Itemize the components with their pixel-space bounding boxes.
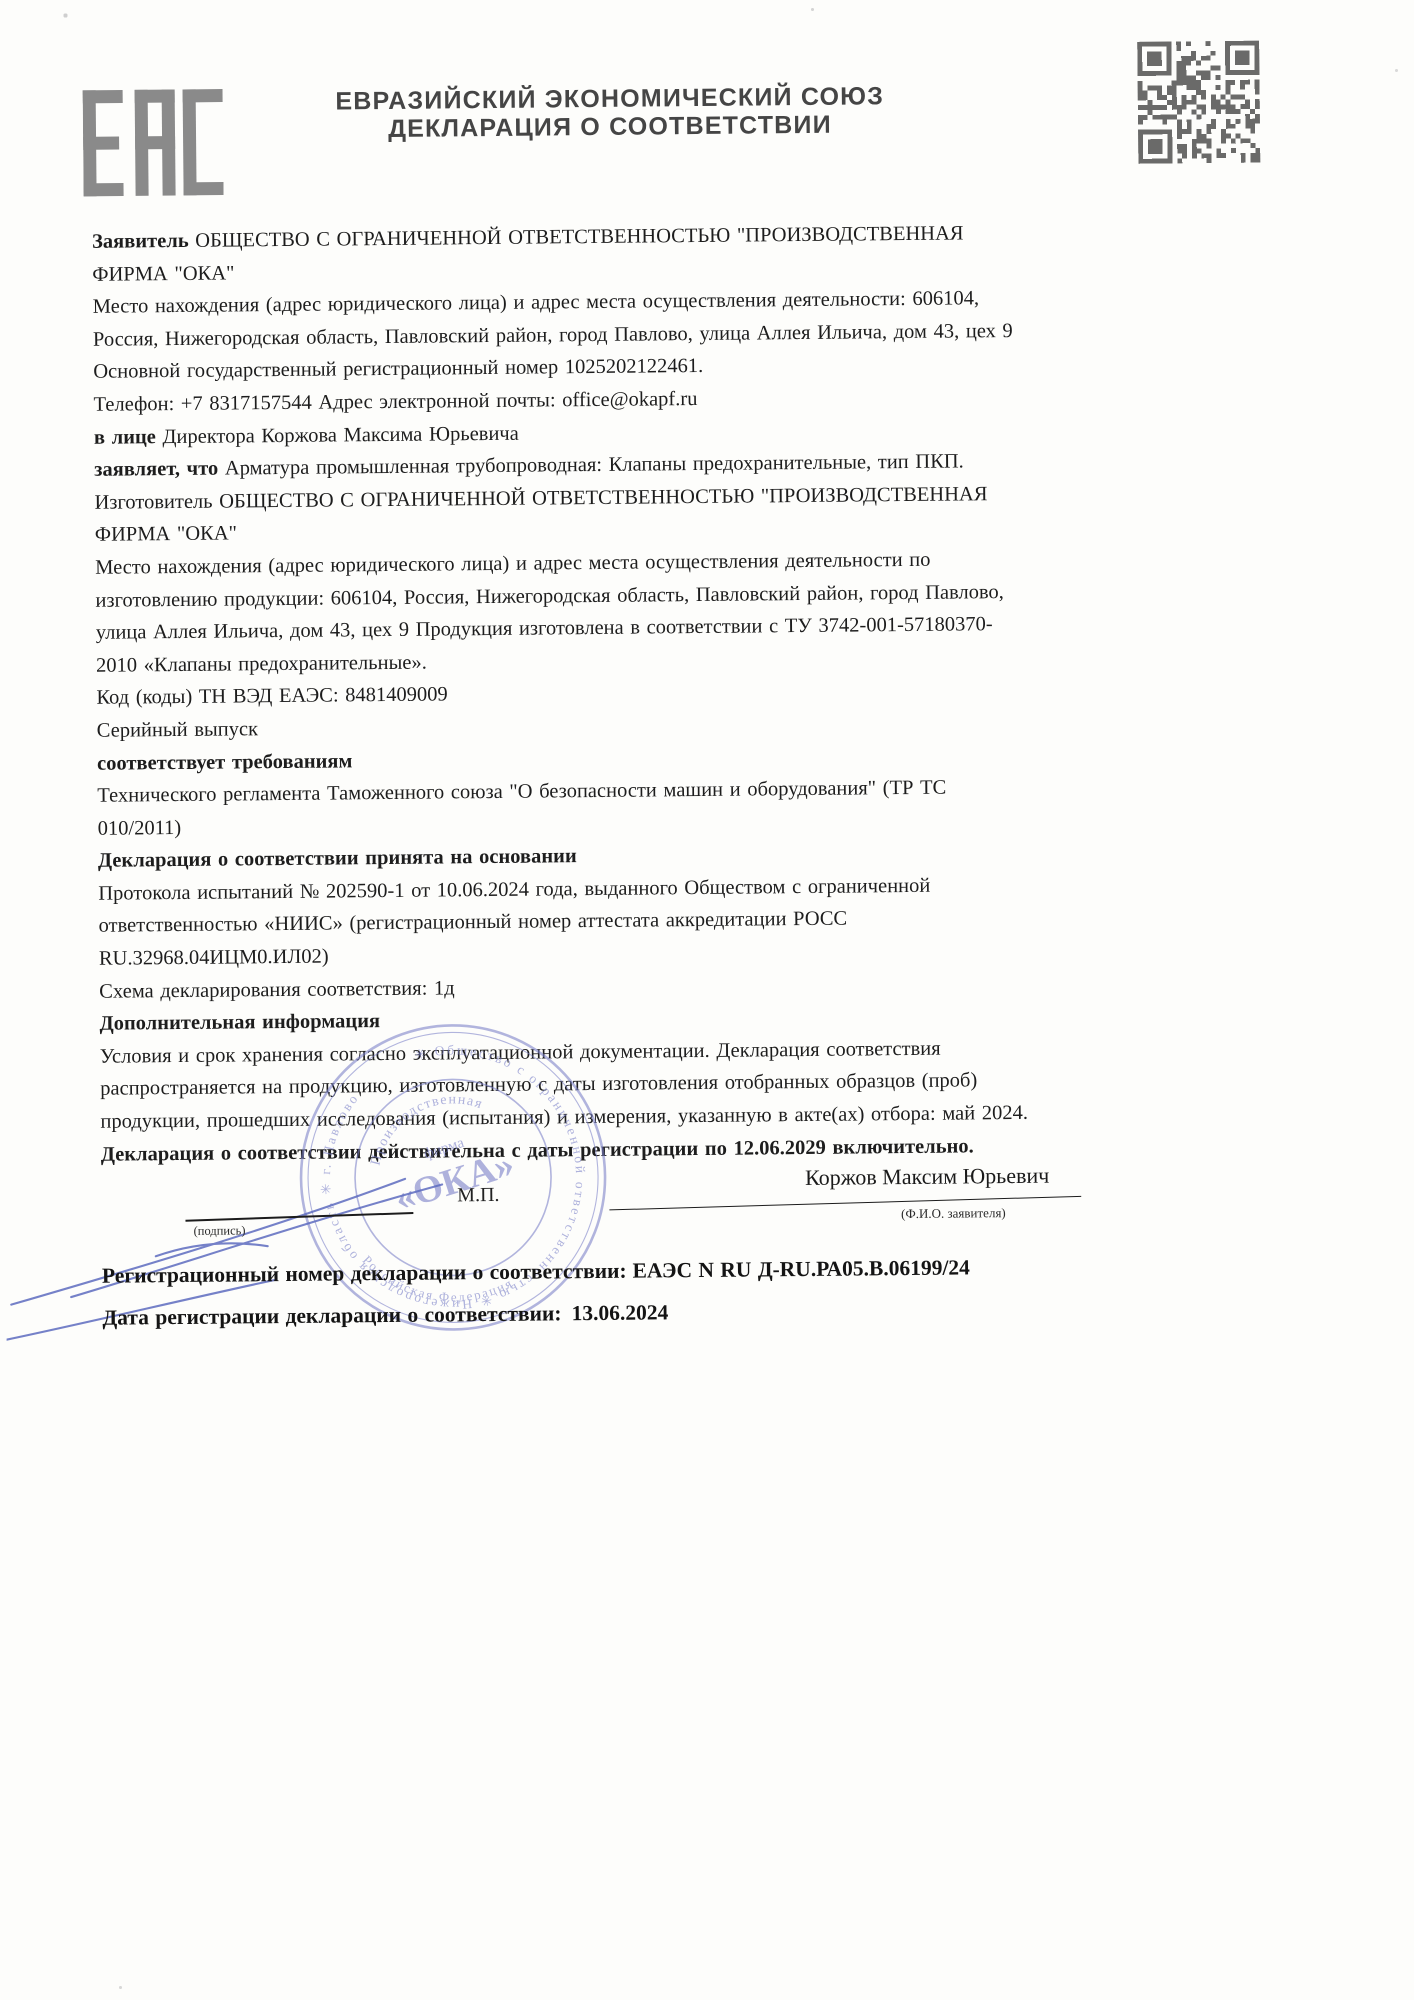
paragraph: Изготовитель ОБЩЕСТВО С ОГРАНИЧЕННОЙ ОТВ… bbox=[94, 478, 1025, 552]
paragraph: Место нахождения (адрес юридического лиц… bbox=[93, 282, 1024, 356]
paragraph: Место нахождения (адрес юридического лиц… bbox=[95, 543, 1026, 682]
registration-number-line: Регистрационный номер декларации о соотв… bbox=[102, 1255, 970, 1288]
applicant-name-caption: (Ф.И.О. заявителя) bbox=[873, 1205, 1033, 1223]
document-title: ЕВРАЗИЙСКИЙ ЭКОНОМИЧЕСКИЙ СОЮЗ ДЕКЛАРАЦИ… bbox=[235, 81, 986, 144]
declaration-document: ЕВРАЗИЙСКИЙ ЭКОНОМИЧЕСКИЙ СОЮЗ ДЕКЛАРАЦИ… bbox=[0, 0, 1414, 2000]
signature-line bbox=[185, 1212, 413, 1222]
document-body: Заявитель ОБЩЕСТВО С ОГРАНИЧЕННОЙ ОТВЕТС… bbox=[92, 217, 1031, 1171]
registration-date-value: 13.06.2024 bbox=[571, 1300, 668, 1325]
paragraph: Заявитель ОБЩЕСТВО С ОГРАНИЧЕННОЙ ОТВЕТС… bbox=[92, 217, 1023, 291]
stamp-place-label: М.П. bbox=[457, 1184, 499, 1207]
signature-caption: (подпись) bbox=[179, 1223, 259, 1239]
scan-noise bbox=[0, 0, 1, 1]
paragraph: Технического регламента Таможенного союз… bbox=[97, 771, 1028, 845]
registration-number-label: Регистрационный номер декларации о соотв… bbox=[102, 1259, 627, 1288]
registration-date-label: Дата регистрации декларации о соответств… bbox=[102, 1301, 561, 1329]
eac-logo-icon bbox=[83, 89, 224, 197]
paragraph: Условия и срок хранения согласно эксплуа… bbox=[100, 1032, 1031, 1139]
scanned-sheet: ЕВРАЗИЙСКИЙ ЭКОНОМИЧЕСКИЙ СОЮЗ ДЕКЛАРАЦИ… bbox=[0, 0, 1414, 2000]
eac-logo bbox=[83, 89, 224, 197]
registration-date-line: Дата регистрации декларации о соответств… bbox=[102, 1300, 668, 1330]
qr-finder-patterns bbox=[1137, 41, 1260, 164]
paragraph: Протокола испытаний № 202590-1 от 10.06.… bbox=[98, 869, 1029, 976]
registration-number-value: ЕАЭС N RU Д-RU.РА05.В.06199/24 bbox=[632, 1255, 969, 1282]
applicant-name: Коржов Максим Юрьевич bbox=[805, 1163, 1049, 1191]
qr-code-icon bbox=[1137, 41, 1260, 164]
